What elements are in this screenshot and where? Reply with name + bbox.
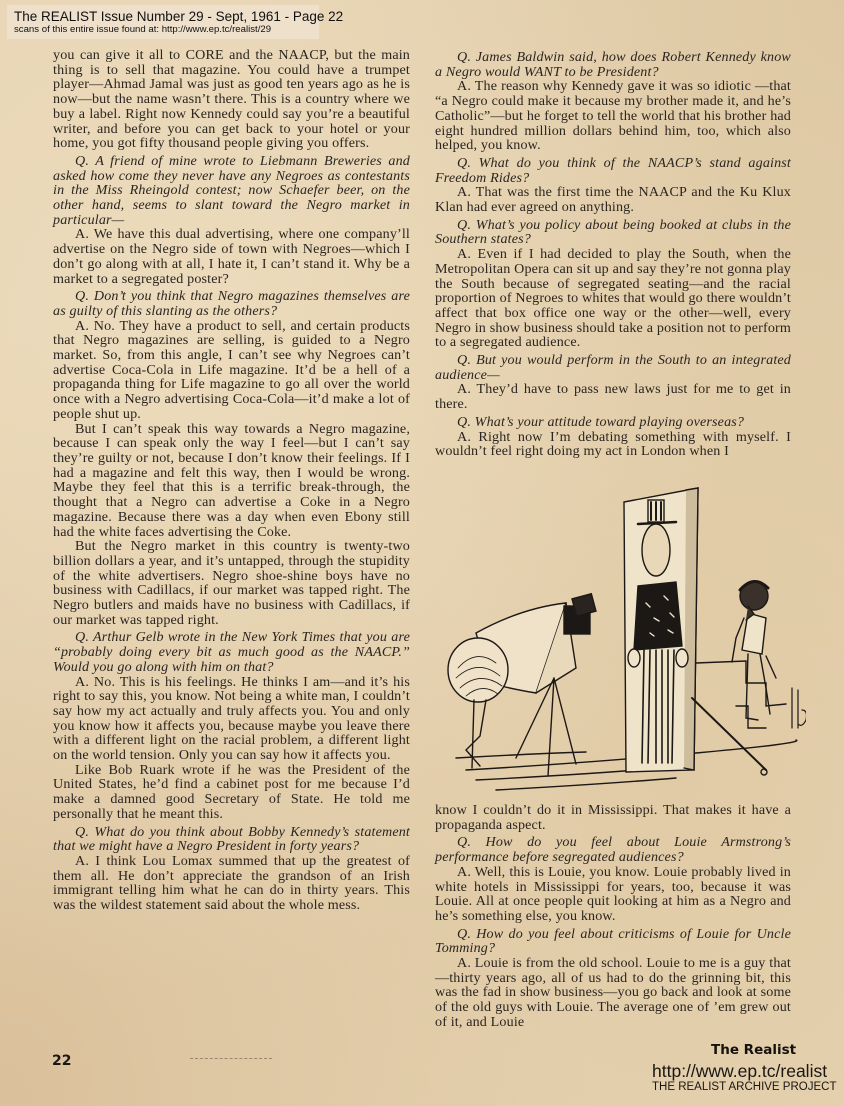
question-paragraph: Q. A friend of mine wrote to Liebmann Br… [53,154,410,228]
question-paragraph: Q. What’s you policy about being booked … [435,218,791,247]
printer-marks [190,1054,272,1059]
answer-paragraph: you can give it all to CORE and the NAAC… [53,48,410,151]
question-paragraph: Q. What do you think about Bobby Kennedy… [53,825,410,854]
question-paragraph: Q. What do you think of the NAACP’s stan… [435,156,791,185]
right-column-bottom: know I couldn’t do it in Mississippi. Th… [435,803,791,1030]
answer-paragraph: But I can’t speak this way towards a Neg… [53,422,410,540]
scan-source-note: scans of this entire issue found at: htt… [14,24,319,36]
answer-paragraph: A. We have this dual advertising, where … [53,227,410,286]
cartoon-illustration [436,478,806,798]
question-paragraph: Q. Arthur Gelb wrote in the New York Tim… [53,630,410,674]
watermark-project: THE REALIST ARCHIVE PROJECT [652,1081,836,1094]
answer-paragraph: But the Negro market in this country is … [53,539,410,627]
answer-paragraph: A. The reason why Kennedy gave it was so… [435,79,791,153]
answer-paragraph: A. Right now I’m debating something with… [435,430,791,459]
archive-watermark: http://www.ep.tc/realist THE REALIST ARC… [652,1062,836,1094]
answer-paragraph: A. No. They have a product to sell, and … [53,319,410,422]
answer-paragraph: A. They’d have to pass new laws just for… [435,382,791,411]
answer-paragraph: A. Even if I had decided to play the Sou… [435,247,791,350]
answer-paragraph: A. No. This is his feelings. He thinks I… [53,675,410,763]
question-paragraph: Q. How do you feel about Louie Armstrong… [435,835,791,864]
answer-paragraph: A. Well, this is Louie, you know. Louie … [435,865,791,924]
scan-header-box: The REALIST Issue Number 29 - Sept, 1961… [7,5,319,39]
right-column-top: Q. James Baldwin said, how does Robert K… [435,47,791,459]
watermark-url[interactable]: http://www.ep.tc/realist [652,1062,836,1081]
magazine-name: The Realist [711,1042,796,1058]
issue-title: The REALIST Issue Number 29 - Sept, 1961… [14,9,319,24]
question-paragraph: Q. What’s your attitude toward playing o… [435,415,791,430]
page-number: 22 [52,1053,71,1069]
answer-paragraph: Like Bob Ruark wrote if he was the Presi… [53,763,410,822]
answer-paragraph: A. That was the first time the NAACP and… [435,185,791,214]
left-column: you can give it all to CORE and the NAAC… [53,48,410,913]
question-paragraph: Q. How do you feel about criticisms of L… [435,927,791,956]
answer-paragraph: know I couldn’t do it in Mississippi. Th… [435,803,791,832]
question-paragraph: Q. But you would perform in the South to… [435,353,791,382]
question-paragraph: Q. James Baldwin said, how does Robert K… [435,50,791,79]
answer-paragraph: A. I think Lou Lomax summed that up the … [53,854,410,913]
question-paragraph: Q. Don’t you think that Negro magazines … [53,289,410,318]
answer-paragraph: A. Louie is from the old school. Louie t… [435,956,791,1030]
